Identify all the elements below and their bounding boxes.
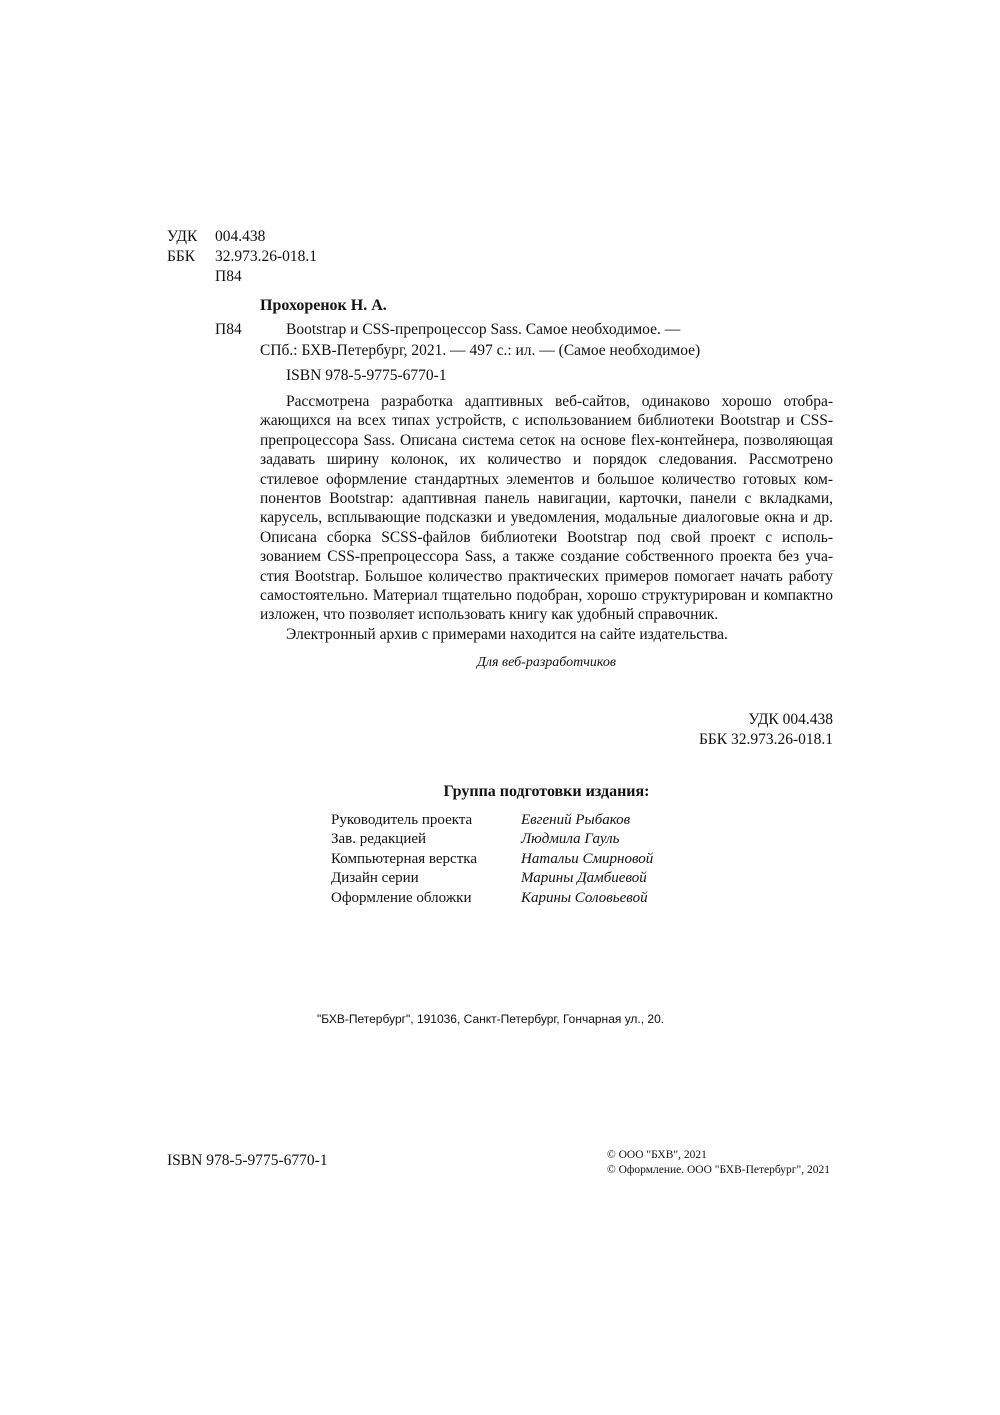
bbk-right: ББК 32.973.26-018.1 — [699, 731, 833, 749]
imprint-line: СПб.: БХВ-Петербург, 2021. — 497 с.: ил.… — [260, 342, 700, 360]
team-name: Натальи Смирновой — [521, 850, 653, 869]
author-mark-bib: П84 — [215, 321, 242, 339]
author-mark-row: П84 — [167, 267, 242, 287]
team-role: Компьютерная верстка — [331, 850, 521, 869]
udk-label: УДК — [167, 227, 215, 247]
production-team-title: Группа подготовки издания: — [260, 783, 833, 801]
production-team-list: Руководитель проекта Евгений Рыбаков Зав… — [331, 811, 653, 908]
team-name: Карины Соловьевой — [521, 889, 648, 908]
team-name: Евгений Рыбаков — [521, 811, 630, 830]
annotation-text: Рассмотрена разработка адаптивных веб-са… — [260, 392, 833, 625]
team-role: Руководитель проекта — [331, 811, 521, 830]
book-title-line: Bootstrap и CSS-препроцессор Sass. Самое… — [286, 321, 680, 339]
team-role: Оформление обложки — [331, 889, 521, 908]
bbk-label: ББК — [167, 247, 215, 267]
team-member: Руководитель проекта Евгений Рыбаков — [331, 811, 653, 830]
team-name: Марины Дамбиевой — [521, 869, 647, 888]
target-audience: Для веб-разработчиков — [260, 655, 833, 671]
udk-row: УДК004.438 — [167, 227, 265, 247]
author-name: Прохоренок Н. А. — [260, 297, 387, 315]
team-member: Дизайн серии Марины Дамбиевой — [331, 869, 653, 888]
bbk-value: 32.973.26-018.1 — [215, 247, 317, 267]
team-role: Дизайн серии — [331, 869, 521, 888]
isbn-bottom: ISBN 978-5-9775-6770-1 — [167, 1152, 328, 1170]
team-role: Зав. редакцией — [331, 830, 521, 849]
copyright-block: © ООО "БХВ", 2021 © Оформление. ООО "БХВ… — [607, 1148, 830, 1178]
isbn-top: ISBN 978-5-9775-6770-1 — [286, 367, 447, 385]
copyright-line-2: © Оформление. ООО "БХВ-Петербург", 2021 — [607, 1163, 830, 1178]
copyright-line-1: © ООО "БХВ", 2021 — [607, 1148, 830, 1163]
udk-right: УДК 004.438 — [748, 711, 833, 729]
team-member: Компьютерная верстка Натальи Смирновой — [331, 850, 653, 869]
team-member: Оформление обложки Карины Соловьевой — [331, 889, 653, 908]
team-name: Людмила Гауль — [521, 830, 619, 849]
bbk-row: ББК32.973.26-018.1 — [167, 247, 317, 267]
author-mark: П84 — [215, 267, 242, 287]
publisher-address: "БХВ-Петербург", 191036, Санкт-Петербург… — [317, 1012, 664, 1026]
udk-value: 004.438 — [215, 227, 265, 247]
team-member: Зав. редакцией Людмила Гауль — [331, 830, 653, 849]
archive-note: Электронный архив с примерами находится … — [286, 626, 728, 644]
